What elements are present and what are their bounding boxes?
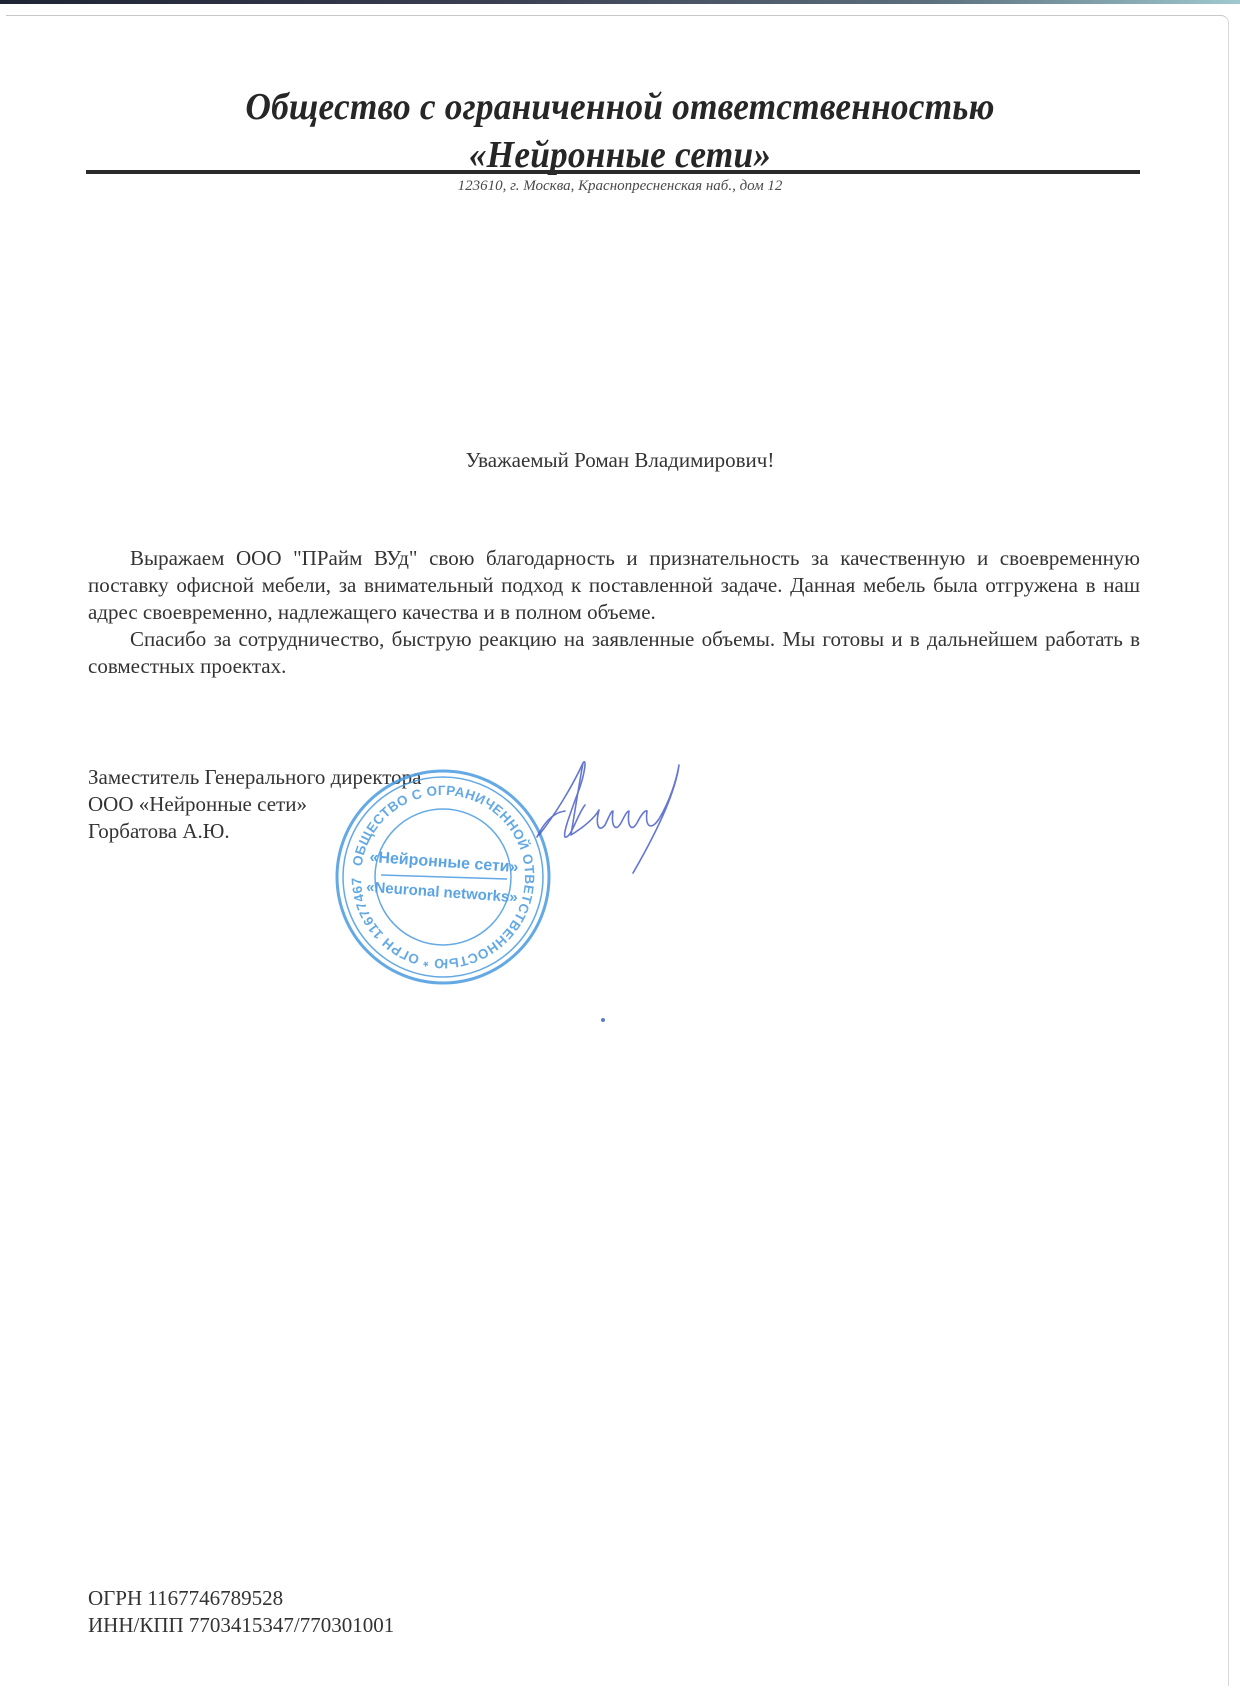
ogrn-number: ОГРН 1167746789528	[88, 1585, 394, 1612]
letter-body: Выражаем ООО "ПРайм ВУд" свою благодарно…	[88, 545, 1140, 680]
handwritten-signature-icon	[525, 755, 695, 875]
company-stamp-icon: ОБЩЕСТВО С ОГРАНИЧЕННОЙ ОТВЕТСТВЕННОСТЬЮ…	[333, 767, 553, 987]
header-divider	[86, 170, 1140, 174]
company-address: 123610, г. Москва, Краснопресненская наб…	[0, 178, 1240, 195]
stamp-center-ru: «Нейронные сети»	[369, 849, 519, 876]
company-title-line1: Общество с ограниченной ответственностью	[43, 85, 1196, 129]
scan-edge	[0, 0, 1240, 4]
paragraph-2: Спасибо за сотрудничество, быструю реакц…	[88, 626, 1140, 680]
company-requisites: ОГРН 1167746789528 ИНН/КПП 7703415347/77…	[88, 1585, 394, 1639]
ink-speck	[601, 1018, 605, 1022]
salutation: Уважаемый Роман Владимирович!	[0, 448, 1240, 473]
paragraph-1: Выражаем ООО "ПРайм ВУд" свою благодарно…	[88, 545, 1140, 626]
inn-kpp-number: ИНН/КПП 7703415347/770301001	[88, 1612, 394, 1639]
stamp-center-en: «Neuronal networks»	[366, 879, 519, 907]
